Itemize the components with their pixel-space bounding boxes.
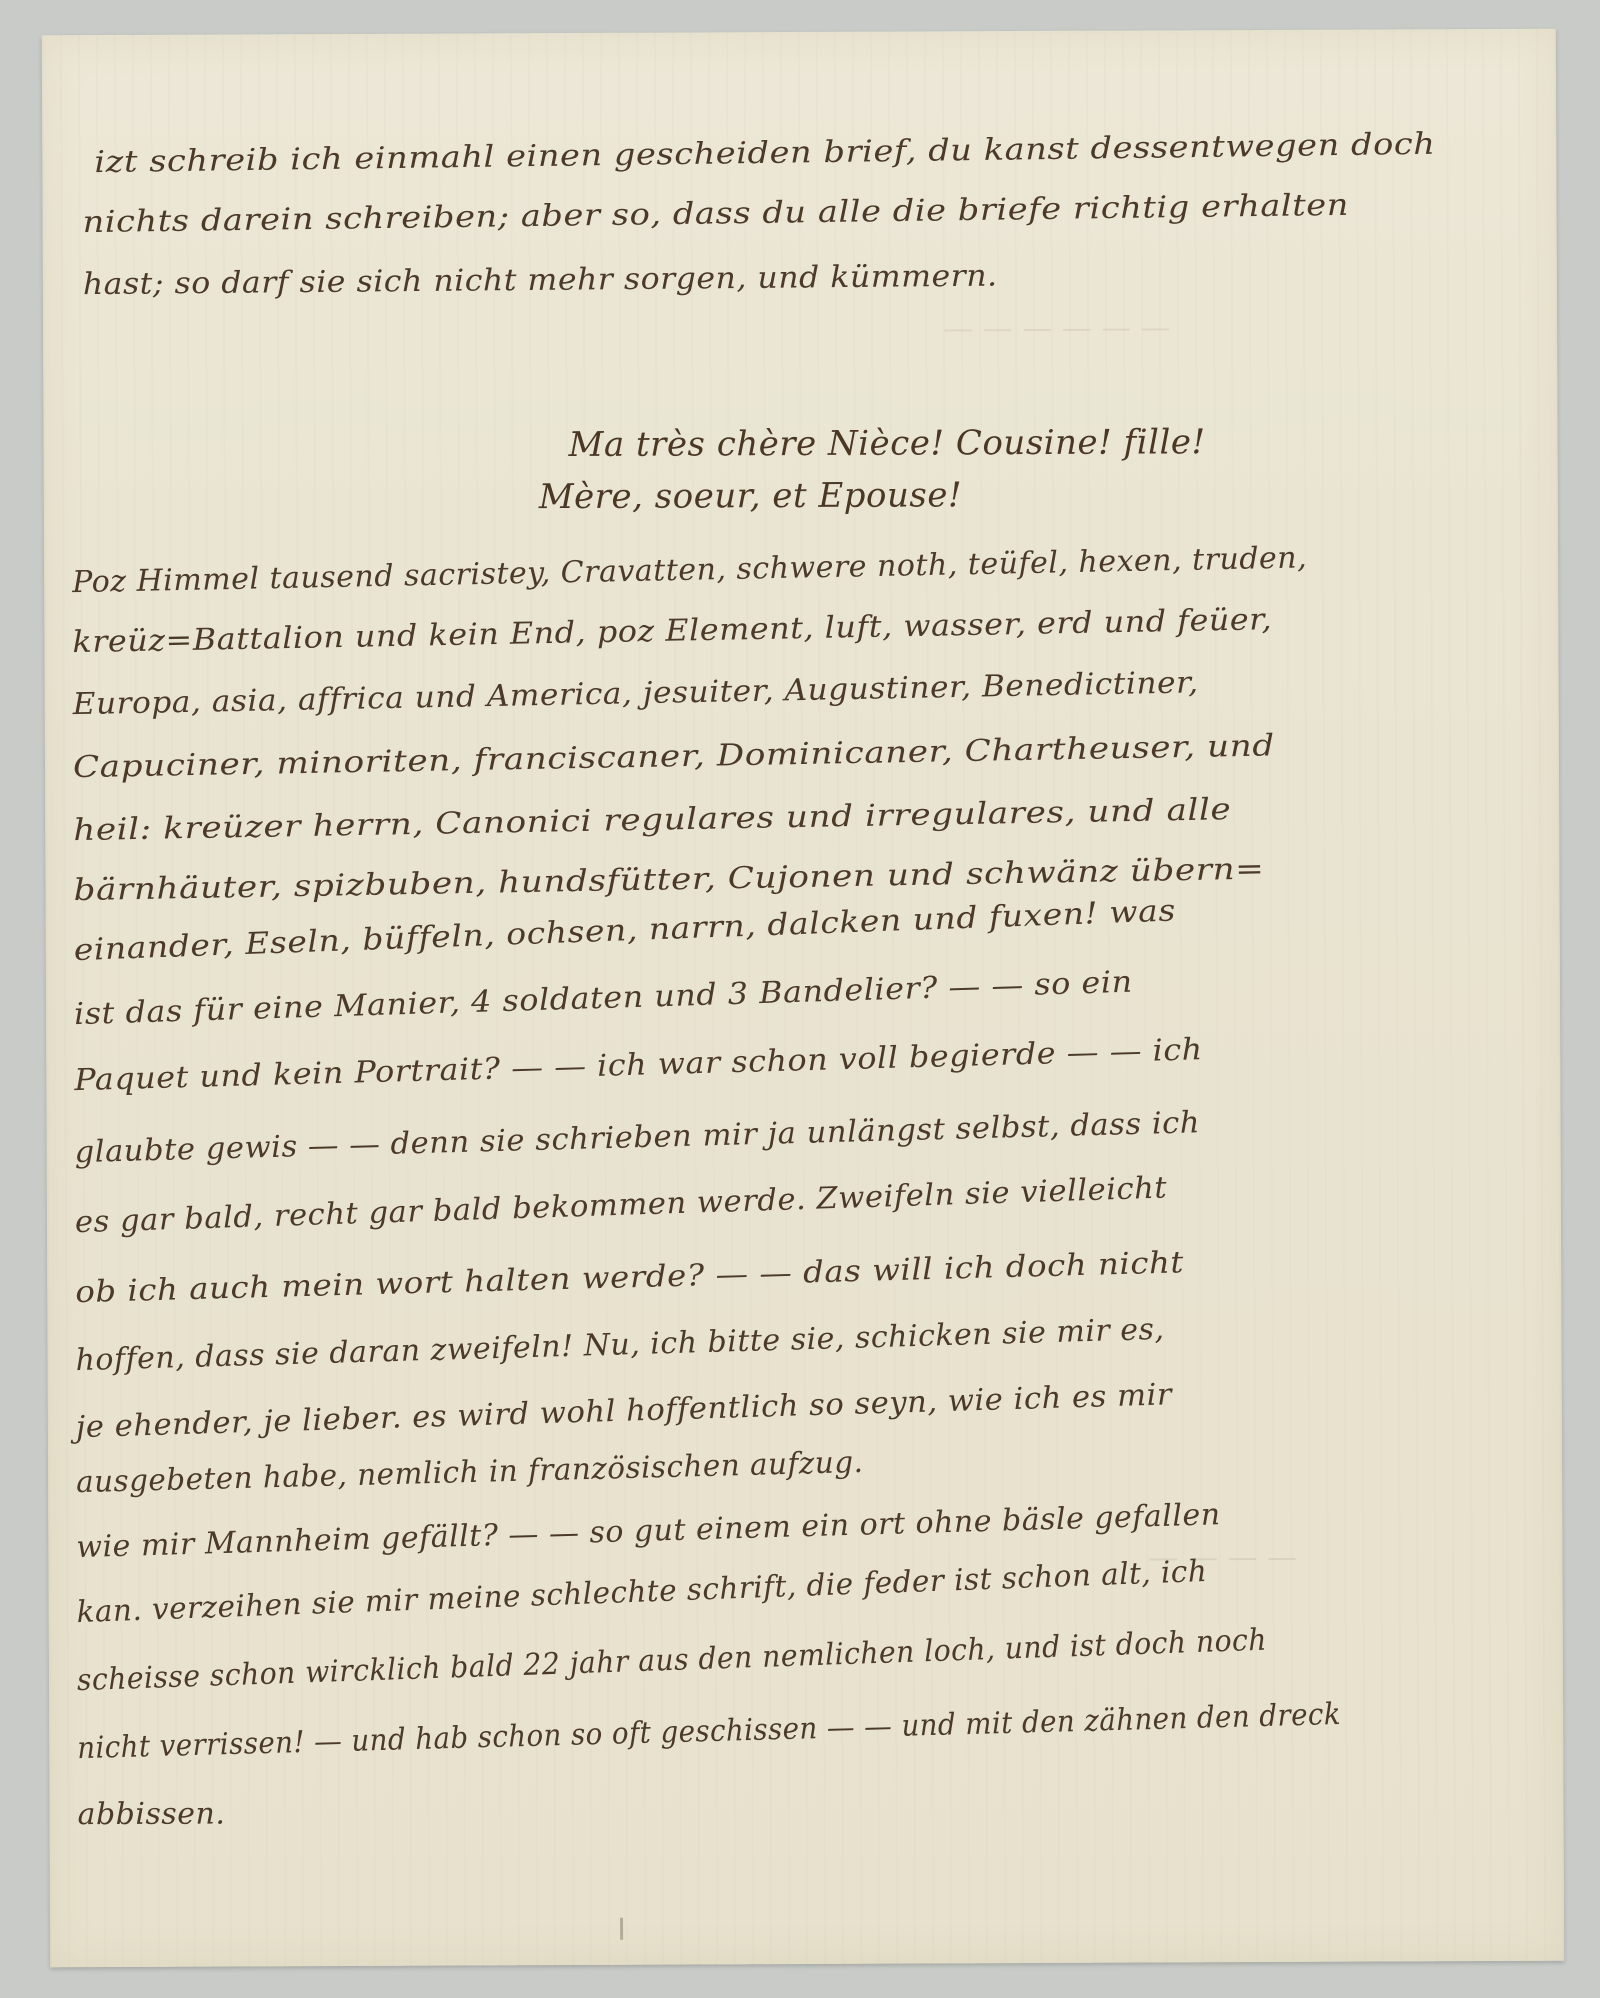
body-line: hoffen, dass sie daran zweifeln! Nu, ich… (75, 1312, 1165, 1378)
body-line: ist das für eine Manier, 4 soldaten und … (73, 965, 1133, 1032)
show-through-text: — — — — — — (943, 310, 1171, 346)
body-line: ob ich auch mein wort halten werde? — — … (75, 1245, 1185, 1310)
salutation-line-2: Mère, soeur, et Epouse! (539, 475, 962, 517)
body-line: je ehender, je lieber. es wird wohl hoff… (75, 1377, 1172, 1445)
body-line: heil: kreüzer herrn, Canonici regulares … (73, 792, 1232, 848)
opening-line: izt schreib ich einmahl einen gescheiden… (94, 127, 1436, 180)
body-line: ausgebeten habe, nemlich in französische… (76, 1445, 864, 1500)
body-line: wie mir Mannheim gefällt? — — so gut ein… (76, 1497, 1221, 1565)
body-line: Europa, asia, affrica und America, jesui… (72, 665, 1198, 722)
paper-mark (620, 1918, 623, 1940)
body-line: Paquet und kein Portrait? — — ich war sc… (74, 1032, 1203, 1098)
opening-line: nichts darein schreiben; aber so, dass d… (82, 188, 1349, 240)
body-line: glaubte gewis — — denn sie schrieben mir… (74, 1105, 1200, 1170)
letter-page: — — — — — — — — — — izt schreib ich einm… (42, 29, 1564, 1968)
opening-line: hast; so darf sie sich nicht mehr sorgen… (83, 259, 998, 303)
body-line: kan. verzeihen sie mir meine schlechte s… (76, 1554, 1208, 1630)
body-line: kreüz=Battalion und kein End, poz Elemen… (72, 602, 1272, 660)
body-line: es gar bald, recht gar bald bekommen wer… (74, 1171, 1167, 1241)
body-line: Poz Himmel tausend sacristey, Cravatten,… (72, 540, 1308, 600)
body-line: Capuciner, minoriten, franciscaner, Domi… (73, 728, 1276, 785)
salutation-line-1: Ma très chère Nièce! Cousine! fille! (568, 422, 1205, 465)
body-line: scheisse schon wircklich bald 22 jahr au… (76, 1623, 1267, 1699)
body-line: nicht verrissen! — und hab schon so oft … (77, 1697, 1342, 1766)
body-line: abbissen. (77, 1797, 225, 1833)
